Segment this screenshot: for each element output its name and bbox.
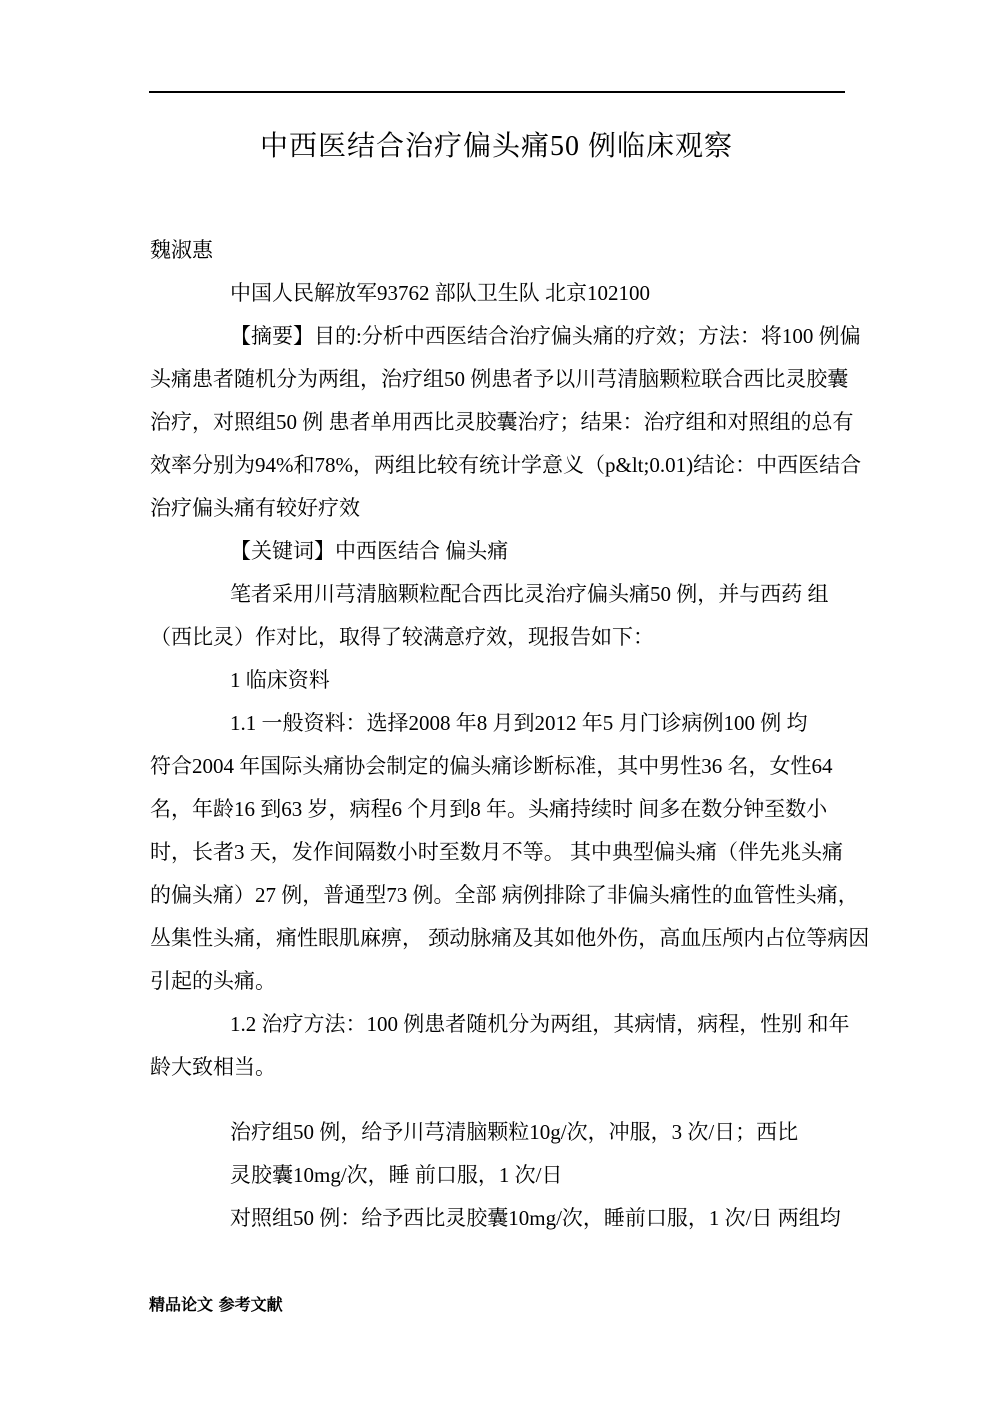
body-line: 1 临床资料	[150, 659, 850, 702]
body-line: 灵胶囊10mg/次，睡 前口服，1 次/日	[150, 1154, 850, 1197]
affiliation: 中国人民解放军93762 部队卫生队 北京102100	[150, 272, 850, 315]
author-name: 魏淑惠	[150, 229, 213, 272]
blank-line	[150, 1089, 850, 1111]
body-line: 引起的头痛。	[150, 960, 850, 1003]
document-body: 中国人民解放军93762 部队卫生队 北京102100 【摘要】目的:分析中西医…	[150, 272, 850, 1240]
body-line: 头痛患者随机分为两组，治疗组50 例患者予以川芎清脑颗粒联合西比灵胶囊	[150, 358, 850, 401]
body-line: （西比灵）作对比，取得了较满意疗效，现报告如下：	[150, 616, 850, 659]
body-line: 效率分别为94%和78%，两组比较有统计学意义（p&lt;0.01)结论：中西医…	[150, 444, 850, 487]
footer-watermark: 精品论文 参考文献	[149, 1292, 283, 1315]
top-divider	[149, 91, 845, 93]
body-line: 时，长者3 天，发作间隔数小时至数月不等。 其中典型偏头痛（伴先兆头痛	[150, 831, 850, 874]
body-line: 1.1 一般资料：选择2008 年8 月到2012 年5 月门诊病例100 例 …	[150, 702, 850, 745]
body-line: 【摘要】目的:分析中西医结合治疗偏头痛的疗效；方法：将100 例偏	[150, 315, 850, 358]
body-line: 龄大致相当。	[150, 1046, 850, 1089]
body-line: 的偏头痛）27 例，普通型73 例。全部 病例排除了非偏头痛性的血管性头痛，	[150, 874, 850, 917]
body-line: 【关键词】中西医结合 偏头痛	[150, 530, 850, 573]
body-line: 治疗偏头痛有较好疗效	[150, 487, 850, 530]
body-line: 1.2 治疗方法：100 例患者随机分为两组，其病情，病程，性别 和年	[150, 1003, 850, 1046]
body-line: 丛集性头痛，痛性眼肌麻痹， 颈动脉痛及其如他外伤，高血压颅内占位等病因	[150, 917, 850, 960]
body-line: 笔者采用川芎清脑颗粒配合西比灵治疗偏头痛50 例，并与西药 组	[150, 573, 850, 616]
page-title: 中西医结合治疗偏头痛50 例临床观察	[0, 124, 993, 164]
body-line: 治疗组50 例，给予川芎清脑颗粒10g/次，冲服，3 次/日；西比	[150, 1111, 850, 1154]
document-page: 中西医结合治疗偏头痛50 例临床观察 魏淑惠 中国人民解放军93762 部队卫生…	[0, 0, 993, 1404]
body-line: 符合2004 年国际头痛协会制定的偏头痛诊断标准，其中男性36 名，女性64	[150, 745, 850, 788]
body-line: 名，年龄16 到63 岁，病程6 个月到8 年。头痛持续时 间多在数分钟至数小	[150, 788, 850, 831]
body-line: 对照组50 例：给予西比灵胶囊10mg/次，睡前口服，1 次/日 两组均	[150, 1197, 850, 1240]
body-line: 治疗，对照组50 例 患者单用西比灵胶囊治疗；结果：治疗组和对照组的总有	[150, 401, 850, 444]
